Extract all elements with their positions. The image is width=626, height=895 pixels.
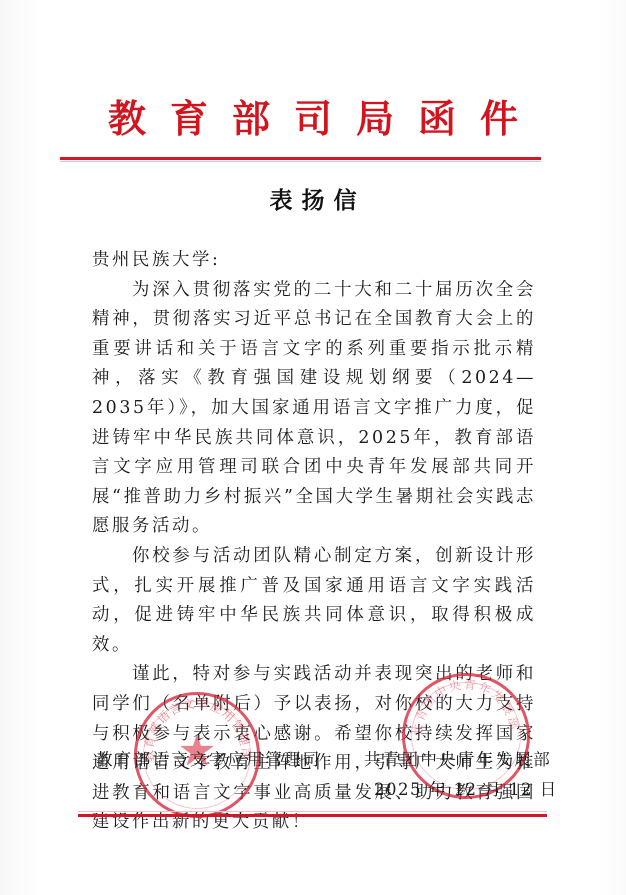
document-page: 教育部司局函件 表扬信 贵州民族大学: 为深入贯彻落实党的二十大和二十届历次全会…	[0, 0, 626, 895]
top-red-rule-extended	[60, 157, 541, 160]
signer-left: 教育部语言文字应用管理司	[96, 746, 322, 770]
bottom-red-rule	[78, 814, 547, 817]
salutation: 贵州民族大学:	[92, 246, 536, 276]
top-red-rule-shadow	[60, 161, 541, 162]
paragraph-2: 你校参与活动团队精心制定方案，创新设计形式，扎实开展推广普及国家通用语言文字实践…	[92, 542, 536, 660]
issue-date: 2025 年 12 月 12 日	[374, 776, 558, 800]
document-title: 表扬信	[0, 182, 626, 215]
letterhead-title: 教育部司局函件	[0, 97, 626, 141]
paragraph-1: 为深入贯彻落实党的二十大和二十届历次全会精神，贯彻落实习近平总书记在全国教育大会…	[92, 276, 536, 542]
signer-right: 共青团中央青年发展部	[364, 746, 552, 770]
bottom-red-rule-shadow	[78, 811, 547, 812]
